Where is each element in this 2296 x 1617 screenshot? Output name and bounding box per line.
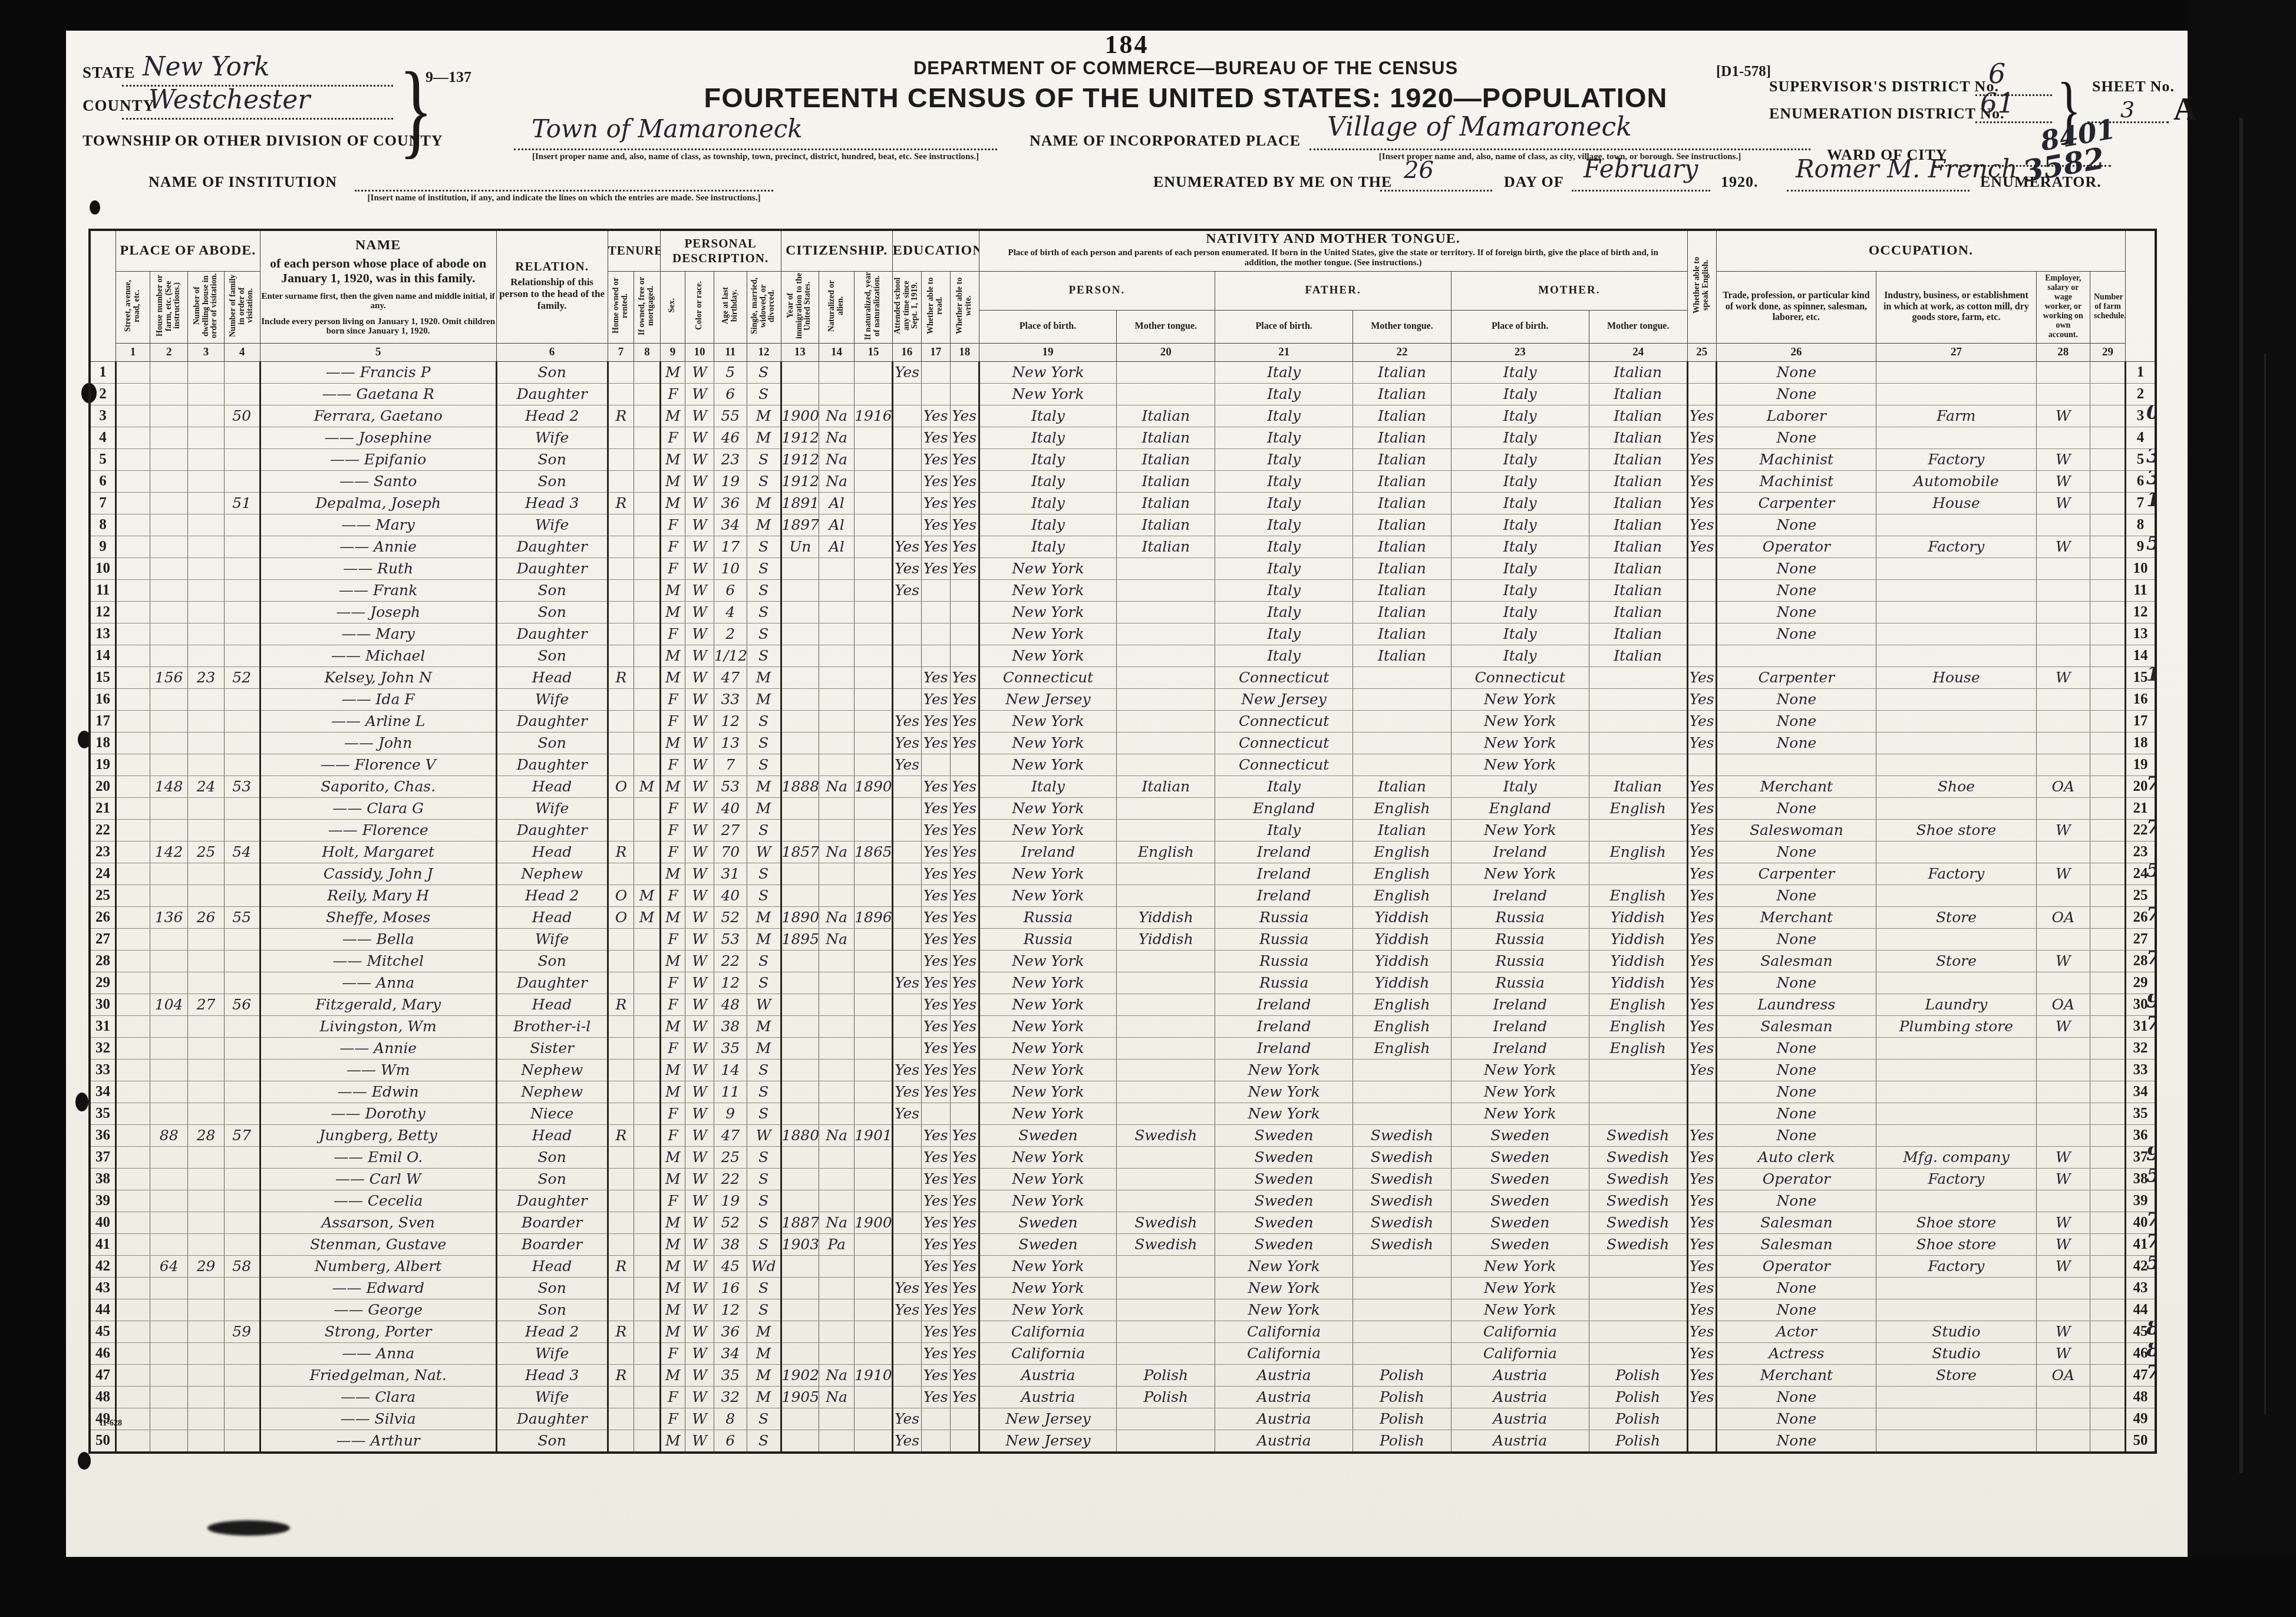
cell-rd: Yes xyxy=(921,514,950,536)
cell-race: W xyxy=(685,1190,714,1212)
census-row: 38—— Carl WSonMW22SYesYesNew YorkSwedenS… xyxy=(90,1168,2156,1190)
cell-race: W xyxy=(685,1386,714,1408)
cell-race: W xyxy=(685,1103,714,1124)
cell-pt xyxy=(1117,994,1215,1015)
census-row: 50—— ArthurSonMW6SYesNew JerseyAustriaPo… xyxy=(90,1430,2156,1453)
cell-own: R xyxy=(608,1124,634,1146)
cell-street xyxy=(116,514,150,536)
cell-nat: Na xyxy=(819,1212,855,1233)
cell-sch: Yes xyxy=(892,1299,921,1321)
cell-occ: None xyxy=(1716,557,1876,579)
cell-own xyxy=(608,950,634,972)
cell-name: —— Ida F xyxy=(260,688,496,710)
cell-house xyxy=(150,470,188,492)
cell-fam xyxy=(224,623,260,645)
cell-own xyxy=(608,1430,634,1453)
cell-ln: 2 xyxy=(90,383,116,405)
cell-pt xyxy=(1117,754,1215,775)
cell-own: O xyxy=(608,906,634,928)
cell-fb: Connecticut xyxy=(1215,710,1353,732)
cell-imm: 1857 xyxy=(781,841,819,863)
cell-wr: Yes xyxy=(950,666,979,688)
cell-nat xyxy=(819,601,855,623)
cell-occ: Operator xyxy=(1716,536,1876,557)
cell-mort xyxy=(634,688,661,710)
cell-farm xyxy=(2090,427,2125,448)
cell-pt xyxy=(1117,1059,1215,1081)
margin-code: 362 xyxy=(2146,470,2156,490)
cell-rel: Daughter xyxy=(496,819,608,841)
cell-nat: Na xyxy=(819,1364,855,1386)
cell-imm: 1888 xyxy=(781,775,819,797)
township-label: TOWNSHIP OR OTHER DIVISION OF COUNTY xyxy=(83,132,443,150)
cell-fb: Italy xyxy=(1215,579,1353,601)
cell-fb: California xyxy=(1215,1342,1353,1364)
cell-dw xyxy=(188,1168,224,1190)
cell-imm xyxy=(781,361,819,383)
cell-eng: Yes xyxy=(1687,819,1716,841)
cell-race: W xyxy=(685,797,714,819)
cell-pt xyxy=(1117,688,1215,710)
cell-emp: W xyxy=(2036,1321,2090,1342)
cell-dw xyxy=(188,492,224,514)
cell-ft xyxy=(1352,1277,1451,1299)
cell-own xyxy=(608,1168,634,1190)
cell-mar: S xyxy=(747,645,781,666)
cell-name: —— Edward xyxy=(260,1277,496,1299)
cell-fam xyxy=(224,601,260,623)
cell-nat xyxy=(819,623,855,645)
cell-sex: M xyxy=(660,405,685,427)
cell-lnr: 31791 xyxy=(2126,1015,2156,1037)
cell-pb: Sweden xyxy=(979,1124,1117,1146)
cell-eng: Yes xyxy=(1687,863,1716,885)
cell-street xyxy=(116,1081,150,1103)
cell-dw xyxy=(188,514,224,536)
cell-fam xyxy=(224,514,260,536)
cell-natyr: 1900 xyxy=(855,1212,893,1233)
cell-ft: Polish xyxy=(1352,1386,1451,1408)
census-row: 24Cassidy, John JNephewMW31SYesYesNew Yo… xyxy=(90,863,2156,885)
cell-name: —— Clara G xyxy=(260,797,496,819)
cell-mort xyxy=(634,1233,661,1255)
line-number-header-left xyxy=(90,230,116,361)
cell-imm xyxy=(781,1255,819,1277)
margin-code: 786 xyxy=(2146,906,2156,926)
cell-mar: M xyxy=(747,928,781,950)
cell-pt xyxy=(1117,972,1215,994)
census-row: 14—— MichaelSonMW1/12SNew YorkItalyItali… xyxy=(90,645,2156,666)
cell-mt: Italian xyxy=(1589,557,1687,579)
cell-lnr: 12 xyxy=(2126,601,2156,623)
cell-own xyxy=(608,448,634,470)
cell-pb: New York xyxy=(979,1037,1117,1059)
cell-age: 19 xyxy=(714,470,747,492)
cell-nat xyxy=(819,383,855,405)
cell-natyr xyxy=(855,972,893,994)
cell-farm xyxy=(2090,688,2125,710)
cell-mar: S xyxy=(747,885,781,906)
cell-own: R xyxy=(608,1255,634,1277)
cell-sch xyxy=(892,1015,921,1037)
cell-name: —— Arline L xyxy=(260,710,496,732)
cell-sex: M xyxy=(660,1321,685,1342)
cell-farm xyxy=(2090,1146,2125,1168)
col-header-29: Number of farm schedule. xyxy=(2090,271,2125,343)
cell-eng: Yes xyxy=(1687,710,1716,732)
cell-imm xyxy=(781,710,819,732)
sheet-label: SHEET No. xyxy=(2092,78,2175,95)
cell-wr: Yes xyxy=(950,514,979,536)
cell-fb: Austria xyxy=(1215,1430,1353,1453)
day-line xyxy=(1380,190,1492,192)
cell-ind xyxy=(1876,645,2037,666)
cell-sch: Yes xyxy=(892,536,921,557)
cell-mt: Yiddish xyxy=(1589,906,1687,928)
census-row: 39—— CeceliaDaughterFW19SYesYesNew YorkS… xyxy=(90,1190,2156,1212)
cell-eng xyxy=(1687,383,1716,405)
cell-mt: Italian xyxy=(1589,775,1687,797)
cell-dw: 28 xyxy=(188,1124,224,1146)
cell-own xyxy=(608,557,634,579)
cell-ln: 33 xyxy=(90,1059,116,1081)
cell-pt: Italian xyxy=(1117,448,1215,470)
cell-natyr xyxy=(855,645,893,666)
nativity-father-header: FATHER. xyxy=(1215,271,1452,311)
cell-ind xyxy=(1876,1386,2037,1408)
margin-code: 791 xyxy=(2146,819,2156,839)
cell-natyr xyxy=(855,666,893,688)
cell-eng: Yes xyxy=(1687,994,1716,1015)
cell-occ: None xyxy=(1716,732,1876,754)
cell-rd: Yes xyxy=(921,775,950,797)
cell-pb: Austria xyxy=(979,1364,1117,1386)
cell-street xyxy=(116,1342,150,1364)
cell-age: 55 xyxy=(714,405,747,427)
cell-house xyxy=(150,1146,188,1168)
cell-nat: Na xyxy=(819,928,855,950)
cell-sex: M xyxy=(660,732,685,754)
cell-imm xyxy=(781,1408,819,1430)
cell-ind: Store xyxy=(1876,906,2037,928)
cell-street xyxy=(116,1212,150,1233)
cell-farm xyxy=(2090,383,2125,405)
cell-pt: Italian xyxy=(1117,536,1215,557)
cell-rd: Yes xyxy=(921,819,950,841)
margin-code: 994 xyxy=(2146,1146,2156,1166)
cell-natyr xyxy=(855,1015,893,1037)
cell-name: —— Mary xyxy=(260,623,496,645)
census-row: 44—— GeorgeSonMW12SYesYesYesNew YorkNew … xyxy=(90,1299,2156,1321)
cell-house xyxy=(150,557,188,579)
cell-pt: Yiddish xyxy=(1117,928,1215,950)
cell-lnr: 13 xyxy=(2126,623,2156,645)
cell-natyr xyxy=(855,361,893,383)
cell-lnr: 11 xyxy=(2126,579,2156,601)
cell-wr: Yes xyxy=(950,1146,979,1168)
cell-ind: Factory xyxy=(1876,863,2037,885)
cell-sex: M xyxy=(660,906,685,928)
cell-wr: Yes xyxy=(950,775,979,797)
cell-race: W xyxy=(685,688,714,710)
cell-mort xyxy=(634,819,661,841)
cell-mt: English xyxy=(1589,1015,1687,1037)
cell-sex: F xyxy=(660,841,685,863)
cell-mb: Sweden xyxy=(1451,1190,1589,1212)
cell-rd: Yes xyxy=(921,841,950,863)
cell-name: —— Frank xyxy=(260,579,496,601)
cell-mort xyxy=(634,1364,661,1386)
cell-occ: Machinist xyxy=(1716,448,1876,470)
cell-lnr: 19 xyxy=(2126,754,2156,775)
nativity-mother-header: MOTHER. xyxy=(1451,271,1687,311)
census-row: 10—— RuthDaughterFW10SYesYesYesNew YorkI… xyxy=(90,557,2156,579)
cell-sex: M xyxy=(660,448,685,470)
cell-mort xyxy=(634,732,661,754)
cell-wr: Yes xyxy=(950,1081,979,1103)
cell-nat xyxy=(819,1059,855,1081)
cell-sch xyxy=(892,863,921,885)
cell-ft: Italian xyxy=(1352,536,1451,557)
cell-mort xyxy=(634,557,661,579)
cell-nat xyxy=(819,557,855,579)
cell-name: Livingston, Wm xyxy=(260,1015,496,1037)
cell-name: —— Anna xyxy=(260,1342,496,1364)
cell-fb: Sweden xyxy=(1215,1168,1353,1190)
cell-rel: Boarder xyxy=(496,1233,608,1255)
cell-pb: Italy xyxy=(979,492,1117,514)
cell-emp xyxy=(2036,557,2090,579)
cell-name: —— Annie xyxy=(260,1037,496,1059)
cell-mort xyxy=(634,1124,661,1146)
cell-mb: Italy xyxy=(1451,405,1589,427)
cell-pb: Italy xyxy=(979,427,1117,448)
cell-own xyxy=(608,383,634,405)
cell-eng xyxy=(1687,754,1716,775)
cell-sex: F xyxy=(660,1408,685,1430)
cell-mb: Ireland xyxy=(1451,841,1589,863)
cell-fam xyxy=(224,1103,260,1124)
cell-ft: English xyxy=(1352,1015,1451,1037)
cell-farm xyxy=(2090,863,2125,885)
cell-mar: S xyxy=(747,1408,781,1430)
state-label: STATE xyxy=(83,64,136,82)
cell-fb: Sweden xyxy=(1215,1146,1353,1168)
cell-natyr xyxy=(855,579,893,601)
cell-sex: F xyxy=(660,1103,685,1124)
cell-sex: F xyxy=(660,623,685,645)
incorporated-place-value: Village of Mamaroneck xyxy=(1327,112,1632,142)
cell-mb: Austria xyxy=(1451,1430,1589,1453)
scan-streak xyxy=(2239,118,2243,1473)
cell-race: W xyxy=(685,1408,714,1430)
cell-sch: Yes xyxy=(892,1408,921,1430)
cell-pb: Austria xyxy=(979,1386,1117,1408)
cell-race: W xyxy=(685,1277,714,1299)
cell-pb: New York xyxy=(979,754,1117,775)
cell-fam xyxy=(224,863,260,885)
cell-sch xyxy=(892,448,921,470)
cell-lnr: 36 xyxy=(2126,1124,2156,1146)
cell-mort xyxy=(634,1299,661,1321)
cell-ind: Farm xyxy=(1876,405,2037,427)
cell-pt xyxy=(1117,732,1215,754)
cell-mt xyxy=(1589,1059,1687,1081)
cell-ind xyxy=(1876,841,2037,863)
cell-ind: Studio xyxy=(1876,1342,2037,1364)
cell-sch xyxy=(892,1233,921,1255)
cell-fam xyxy=(224,1430,260,1453)
person-pob-header: Place of birth. xyxy=(979,311,1117,343)
column-number: 9 xyxy=(660,343,685,361)
cell-name: —— John xyxy=(260,732,496,754)
cell-house xyxy=(150,492,188,514)
cell-mort xyxy=(634,361,661,383)
cell-imm xyxy=(781,1103,819,1124)
cell-ft xyxy=(1352,1103,1451,1124)
cell-nat xyxy=(819,1255,855,1277)
cell-mb: Sweden xyxy=(1451,1233,1589,1255)
margin-code: 576 xyxy=(2146,863,2156,882)
scan-edge-bottom xyxy=(0,1557,2296,1617)
cell-race: W xyxy=(685,775,714,797)
cell-house: 142 xyxy=(150,841,188,863)
cell-natyr xyxy=(855,754,893,775)
cell-fam xyxy=(224,1015,260,1037)
cell-own xyxy=(608,819,634,841)
cell-fb: Italy xyxy=(1215,775,1353,797)
cell-dw xyxy=(188,1059,224,1081)
cell-emp: W xyxy=(2036,950,2090,972)
cell-mort: M xyxy=(634,885,661,906)
cell-ind xyxy=(1876,754,2037,775)
cell-mort xyxy=(634,994,661,1015)
cell-wr: Yes xyxy=(950,1255,979,1277)
cell-fb: Italy xyxy=(1215,536,1353,557)
cell-race: W xyxy=(685,841,714,863)
margin-code: 791 xyxy=(2146,1233,2156,1253)
cell-nat xyxy=(819,666,855,688)
cell-fam xyxy=(224,1299,260,1321)
cell-mort xyxy=(634,1190,661,1212)
cell-eng: Yes xyxy=(1687,775,1716,797)
cell-nat: Al xyxy=(819,514,855,536)
cell-sex: M xyxy=(660,492,685,514)
cell-mar: S xyxy=(747,470,781,492)
cell-name: —— Francis P xyxy=(260,361,496,383)
cell-mar: W xyxy=(747,994,781,1015)
cell-ln: 13 xyxy=(90,623,116,645)
cell-house xyxy=(150,1277,188,1299)
cell-mt: Swedish xyxy=(1589,1233,1687,1255)
cell-mort xyxy=(634,1321,661,1342)
cell-rel: Son xyxy=(496,448,608,470)
cell-house xyxy=(150,448,188,470)
cell-lnr: 16 xyxy=(2126,688,2156,710)
census-row: 8—— MaryWifeFW34M1897AlYesYesItalyItalia… xyxy=(90,514,2156,536)
cell-age: 6 xyxy=(714,579,747,601)
enumerated-month: February xyxy=(1584,154,1698,183)
cell-ind: Factory xyxy=(1876,536,2037,557)
cell-race: W xyxy=(685,1124,714,1146)
cell-sch xyxy=(892,1168,921,1190)
cell-eng: Yes xyxy=(1687,950,1716,972)
cell-fam xyxy=(224,797,260,819)
cell-mar: S xyxy=(747,1190,781,1212)
cell-ln: 28 xyxy=(90,950,116,972)
census-row: 31Livingston, WmBrother-i-lMW38MYesYesNe… xyxy=(90,1015,2156,1037)
census-row: 49—— SilviaDaughterFW8SYesNew JerseyAust… xyxy=(90,1408,2156,1430)
cell-natyr xyxy=(855,994,893,1015)
cell-pt: Yiddish xyxy=(1117,906,1215,928)
cell-house xyxy=(150,601,188,623)
cell-eng: Yes xyxy=(1687,885,1716,906)
cell-age: 38 xyxy=(714,1233,747,1255)
cell-rd: Yes xyxy=(921,427,950,448)
cell-mort xyxy=(634,1103,661,1124)
cell-ind xyxy=(1876,601,2037,623)
cell-natyr xyxy=(855,514,893,536)
cell-rel: Nephew xyxy=(496,863,608,885)
cell-dw xyxy=(188,928,224,950)
cell-fb: New York xyxy=(1215,1277,1353,1299)
cell-nat xyxy=(819,1299,855,1321)
cell-own xyxy=(608,470,634,492)
cell-farm xyxy=(2090,666,2125,688)
cell-emp xyxy=(2036,1277,2090,1299)
column-number: 16 xyxy=(892,343,921,361)
cell-ind: Store xyxy=(1876,1364,2037,1386)
cell-occ: None xyxy=(1716,928,1876,950)
cell-dw: 29 xyxy=(188,1255,224,1277)
census-sheet-paper: 184 9—137 DEPARTMENT OF COMMERCE—BUREAU … xyxy=(66,31,2188,1557)
cell-nat xyxy=(819,361,855,383)
cell-farm xyxy=(2090,601,2125,623)
cell-age: 6 xyxy=(714,1430,747,1453)
cell-mar: S xyxy=(747,1103,781,1124)
cell-own xyxy=(608,1342,634,1364)
cell-street xyxy=(116,972,150,994)
year-label: 1920. xyxy=(1721,173,1759,191)
cell-sch xyxy=(892,514,921,536)
census-row: 751Depalma, JosephHead 3RMW36M1891AlYesY… xyxy=(90,492,2156,514)
column-number: 20 xyxy=(1117,343,1215,361)
cell-nat xyxy=(819,688,855,710)
cell-mb: Italy xyxy=(1451,470,1589,492)
cell-farm xyxy=(2090,928,2125,950)
cell-emp: W xyxy=(2036,1015,2090,1037)
cell-nat: Al xyxy=(819,492,855,514)
cell-eng: Yes xyxy=(1687,1124,1716,1146)
cell-farm xyxy=(2090,1299,2125,1321)
cell-ind xyxy=(1876,623,2037,645)
cell-imm: 1897 xyxy=(781,514,819,536)
cell-lnr: 4 xyxy=(2126,427,2156,448)
cell-lnr: 43 xyxy=(2126,1277,2156,1299)
cell-emp: OA xyxy=(2036,906,2090,928)
column-number: 6 xyxy=(496,343,608,361)
cell-fam xyxy=(224,1342,260,1364)
cell-lnr: 1 xyxy=(2126,361,2156,383)
cell-farm xyxy=(2090,1103,2125,1124)
cell-pb: Russia xyxy=(979,906,1117,928)
margin-code: 576 xyxy=(2146,1168,2156,1187)
cell-farm xyxy=(2090,1408,2125,1430)
cell-wr xyxy=(950,601,979,623)
cell-pt xyxy=(1117,579,1215,601)
cell-natyr xyxy=(855,1081,893,1103)
cell-farm xyxy=(2090,361,2125,383)
